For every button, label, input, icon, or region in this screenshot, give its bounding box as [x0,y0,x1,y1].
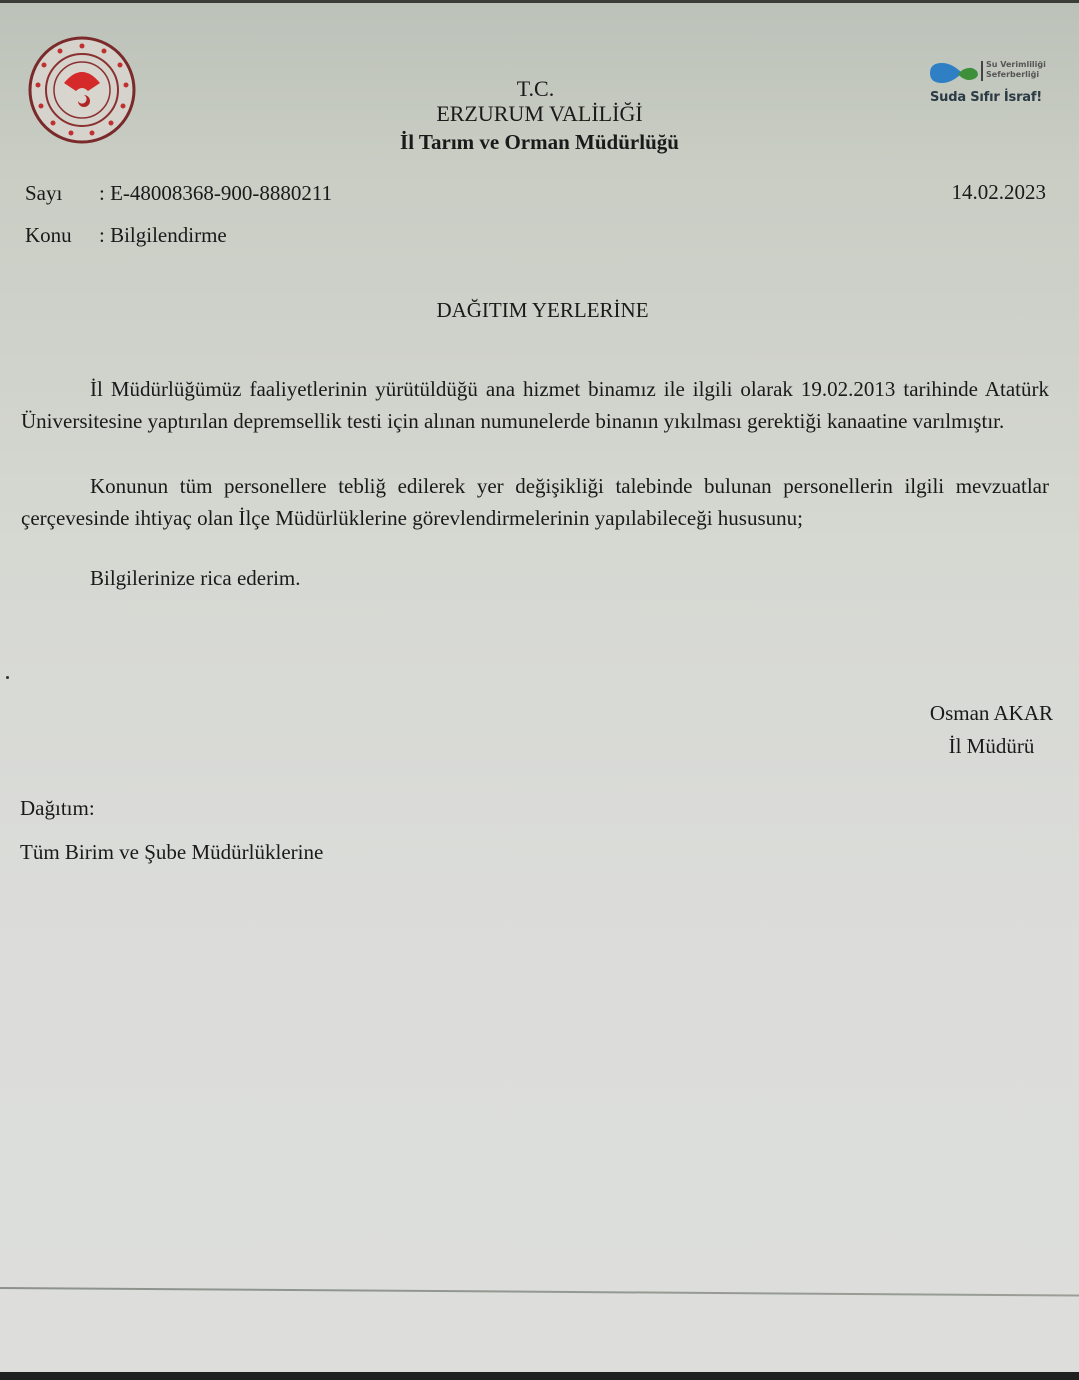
addressee: DAĞITIM YERLERİNE [3,298,1079,323]
scan-artifact [6,676,9,679]
signer-title: İl Müdürü [930,730,1053,763]
distribution-label: Dağıtım: [20,796,95,821]
screen-top-edge [0,0,1079,3]
distribution-item: Tüm Birim ve Şube Müdürlüklerine [20,840,323,865]
signer-name: Osman AKAR [930,697,1053,730]
header-department: İl Tarım ve Orman Müdürlüğü [0,130,1079,155]
meta-number-label: Sayı [25,181,99,206]
meta-subject-value: : Bilgilendirme [99,223,227,247]
document-page: Su Verimliliği Seferberliği Suda Sıfır İ… [0,0,1079,1380]
meta-number-value: : E-48008368-900-8880211 [99,181,332,205]
closing-line: Bilgilerinize rica ederim. [90,566,301,591]
header-governorship: ERZURUM VALİLİĞİ [0,101,1079,127]
signature-block: Osman AKAR İl Müdürü [930,697,1053,763]
body-paragraph: Konunun tüm personellere tebliğ edilerek… [21,470,1049,534]
document-date: 14.02.2023 [952,180,1047,205]
meta-subject: Konu: Bilgilendirme [25,223,227,248]
body-paragraph: İl Müdürlüğümüz faaliyetlerinin yürütüld… [21,373,1049,437]
footer-divider [0,1287,1079,1297]
screen-bottom-edge [0,1372,1079,1380]
header-tc: T.C. [0,76,1075,102]
meta-subject-label: Konu [25,223,99,248]
meta-number: Sayı: E-48008368-900-8880211 [25,181,332,206]
